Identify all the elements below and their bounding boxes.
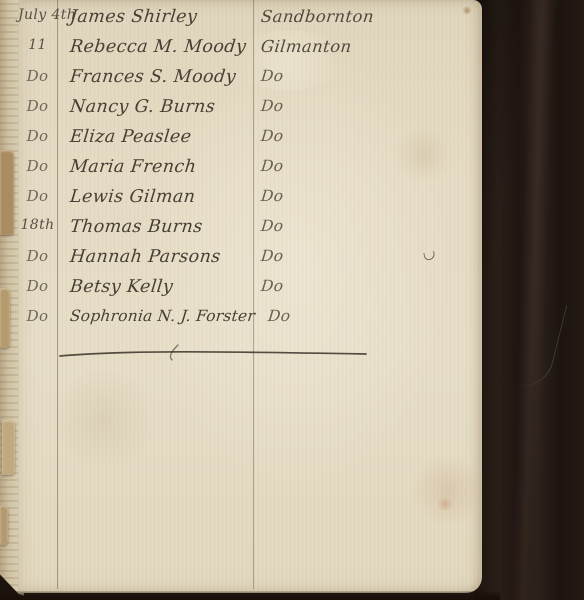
table-row: Do Sophronia N. J. Forster Do	[18, 305, 482, 335]
ledger-photo: July 4th James Shirley Sandbornton 11 Re…	[0, 0, 584, 600]
torn-paper-fragment	[0, 288, 10, 348]
entry-residence: Do	[267, 307, 291, 325]
entry-residence: Do	[260, 217, 284, 235]
entry-name: Eliza Peaslee	[69, 127, 193, 147]
table-row: Do Eliza Peaslee Do	[18, 125, 482, 155]
entry-date: 18th	[18, 217, 57, 233]
entry-date: Do	[18, 307, 57, 325]
entry-residence: Sandbornton	[260, 7, 375, 26]
entry-separator-line	[58, 344, 370, 362]
entry-residence: Do	[260, 277, 284, 295]
table-row: 18th Thomas Burns Do	[18, 215, 482, 245]
table-row: Do Frances S. Moody Do	[18, 65, 482, 95]
torn-paper-fragment	[0, 150, 14, 235]
register-rows: July 4th James Shirley Sandbornton 11 Re…	[18, 5, 482, 335]
entry-name: Maria French	[69, 157, 197, 177]
entry-residence: Do	[260, 127, 284, 145]
entry-name: Frances S. Moody	[69, 67, 237, 87]
entry-name: Lewis Gilman	[69, 187, 196, 207]
book-cover	[474, 0, 584, 600]
entry-name: Thomas Burns	[69, 217, 204, 237]
entry-name: Sophronia N. J. Forster	[69, 307, 256, 325]
table-row: Do Betsy Kelly Do	[18, 275, 482, 305]
entry-date: Do	[18, 67, 57, 85]
entry-residence: Do	[260, 67, 284, 85]
entry-residence: Do	[260, 247, 284, 265]
entry-name: Betsy Kelly	[69, 277, 174, 297]
entry-name: James Shirley	[69, 7, 198, 27]
torn-paper-fragment	[2, 420, 15, 475]
entry-residence: Do	[260, 187, 284, 205]
entry-date: Do	[18, 247, 57, 265]
entry-name: Hannah Parsons	[69, 247, 222, 267]
ledger-page: July 4th James Shirley Sandbornton 11 Re…	[18, 0, 482, 593]
entry-date: Do	[18, 157, 57, 175]
entry-name: Nancy G. Burns	[69, 97, 216, 117]
entry-date: Do	[18, 97, 57, 115]
entry-date: 11	[18, 37, 57, 53]
entry-name: Rebecca M. Moody	[69, 37, 247, 57]
bottom-edge-shadow	[0, 591, 500, 600]
entry-date: Do	[18, 187, 57, 205]
torn-paper-fragment	[0, 505, 8, 545]
table-row: Do Maria French Do	[18, 155, 482, 185]
entry-date: Do	[18, 127, 57, 145]
table-row: Do Lewis Gilman Do	[18, 185, 482, 215]
entry-date: July 4th	[18, 7, 57, 23]
entry-residence: Do	[260, 97, 284, 115]
entry-residence: Gilmanton	[260, 37, 353, 56]
entry-date: Do	[18, 277, 57, 295]
table-row: July 4th James Shirley Sandbornton	[18, 5, 482, 35]
table-row: Do Nancy G. Burns Do	[18, 95, 482, 125]
table-row: 11 Rebecca M. Moody Gilmanton	[18, 35, 482, 65]
table-row: Do Hannah Parsons Do	[18, 245, 482, 275]
entry-residence: Do	[260, 157, 284, 175]
